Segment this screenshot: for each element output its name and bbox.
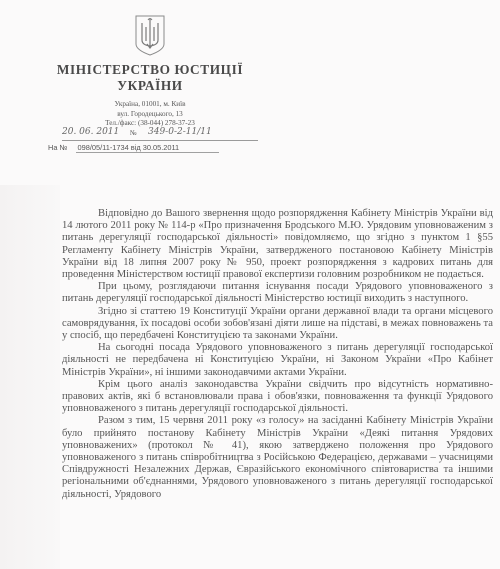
ministry-name-line2: УКРАЇНИ xyxy=(40,78,260,94)
ministry-address: Україна, 01001, м. Київ вул. Городецьког… xyxy=(40,100,260,129)
registration-date: 20. 06. 2011 xyxy=(62,127,119,137)
paragraph: Згідно зі статтею 19 Конституції України… xyxy=(62,306,493,343)
letter-body: Відповідно до Вашого звернення щодо розп… xyxy=(62,208,493,501)
trident-icon xyxy=(133,14,167,56)
address-city: Україна, 01001, м. Київ xyxy=(40,100,260,110)
ministry-name-line1: МІНІСТЕРСТВО ЮСТИЦІЇ xyxy=(40,62,260,78)
letterhead: МІНІСТЕРСТВО ЮСТИЦІЇ УКРАЇНИ Україна, 01… xyxy=(40,14,260,129)
scan-shadow xyxy=(0,185,60,569)
registration-line: 20. 06. 2011 № 349-0-2-11/11 xyxy=(62,128,258,141)
paragraph: Відповідно до Вашого звернення щодо розп… xyxy=(62,208,493,281)
paragraph: Крім цього аналіз законодавства України … xyxy=(62,379,493,416)
paragraph: На сьогодні посада Урядового уповноважен… xyxy=(62,342,493,379)
registration-number-label: № xyxy=(130,129,137,137)
document-page: МІНІСТЕРСТВО ЮСТИЦІЇ УКРАЇНИ Україна, 01… xyxy=(0,0,500,569)
paragraph: Разом з тим, 15 червня 2011 року «з голо… xyxy=(62,415,493,500)
registration-number: 349-0-2-11/11 xyxy=(148,127,212,137)
address-street: вул. Городецького, 13 xyxy=(40,110,260,120)
reference-value: 098/05/11-1734 від 30.05.2011 xyxy=(76,143,220,153)
reference-line: На № 098/05/11-1734 від 30.05.2011 xyxy=(48,143,260,152)
reference-label: На № xyxy=(48,143,67,152)
paragraph: При цьому, розглядаючи питання існування… xyxy=(62,281,493,305)
